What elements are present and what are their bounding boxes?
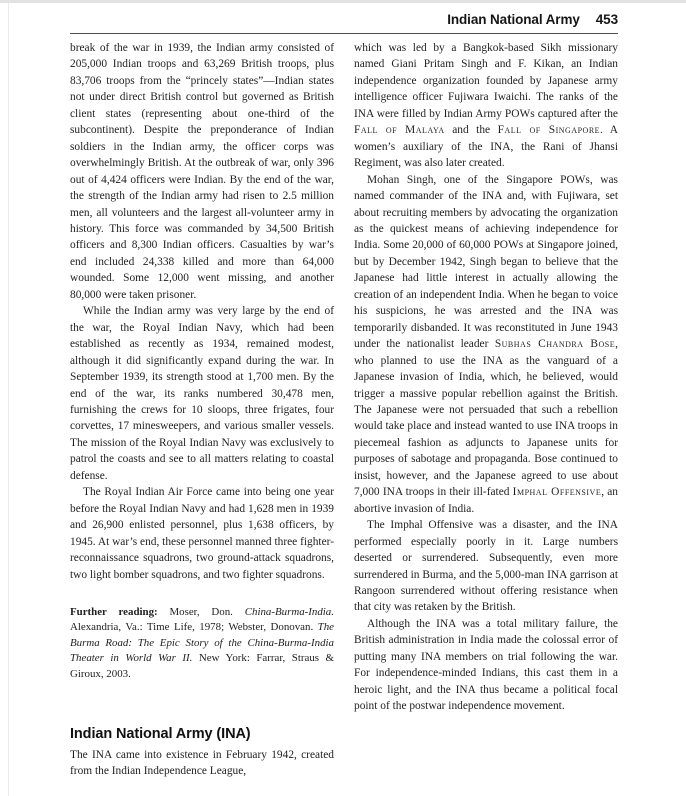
paragraph: The Imphal Offensive was a disaster, and… bbox=[354, 517, 618, 616]
section-heading: Indian National Army (INA) bbox=[70, 726, 334, 743]
text-run: Further reading: bbox=[70, 606, 169, 618]
left-column: break of the war in 1939, the Indian arm… bbox=[70, 40, 334, 682]
text-run: The Royal Indian Air Force came into bei… bbox=[70, 486, 334, 580]
text-run: The INA came into existence in February … bbox=[70, 749, 334, 777]
text-run: and the bbox=[445, 124, 498, 136]
text-run: Imphal Offensive bbox=[513, 486, 602, 498]
text-run: Moser, Don. bbox=[169, 606, 244, 618]
text-run: Alexandria, Va.: Time Life, 1978; Webste… bbox=[70, 621, 318, 633]
text-run: Although the INA was a total military fa… bbox=[354, 618, 618, 712]
paragraph: While the Indian army was very large by … bbox=[70, 303, 334, 484]
text-run: Fall of Malaya bbox=[354, 124, 445, 136]
page-top-edge bbox=[0, 0, 686, 3]
paragraph: Mohan Singh, one of the Singapore POWs, … bbox=[354, 172, 618, 518]
book-page: Indian National Army453 break of the war… bbox=[0, 0, 686, 796]
text-run: Mohan Singh, one of the Singapore POWs, … bbox=[354, 174, 618, 351]
text-run: , who planned to use the INA as the vang… bbox=[354, 338, 618, 498]
paragraph: break of the war in 1939, the Indian arm… bbox=[70, 40, 334, 303]
left-column-bottom: Indian National Army (INA)The INA came i… bbox=[70, 723, 334, 796]
paragraph: which was led by a Bangkok-based Sikh mi… bbox=[354, 40, 618, 172]
text-run: Indian National Army (INA) bbox=[70, 726, 251, 742]
text-run: While the Indian army was very large by … bbox=[70, 305, 334, 482]
text-run: Subhas Chandra Bose bbox=[495, 338, 615, 350]
header-rule bbox=[70, 33, 618, 34]
page-number: 453 bbox=[596, 12, 618, 27]
text-run: China-Burma-India. bbox=[245, 606, 334, 618]
paragraph: The INA came into existence in February … bbox=[70, 747, 334, 780]
paragraph: Although the INA was a total military fa… bbox=[354, 616, 618, 715]
right-column: which was led by a Bangkok-based Sikh mi… bbox=[354, 40, 618, 715]
text-run: break of the war in 1939, the Indian arm… bbox=[70, 42, 334, 301]
running-head-title: Indian National Army bbox=[447, 12, 580, 27]
page-left-edge bbox=[8, 3, 9, 796]
running-head: Indian National Army453 bbox=[70, 12, 618, 27]
further-reading: Further reading: Moser, Don. China-Burma… bbox=[70, 605, 334, 683]
text-run: Fall of Singapore bbox=[498, 124, 600, 136]
text-run: which was led by a Bangkok-based Sikh mi… bbox=[354, 42, 618, 120]
paragraph: The Royal Indian Air Force came into bei… bbox=[70, 484, 334, 583]
text-run: The Imphal Offensive was a disaster, and… bbox=[354, 519, 618, 613]
